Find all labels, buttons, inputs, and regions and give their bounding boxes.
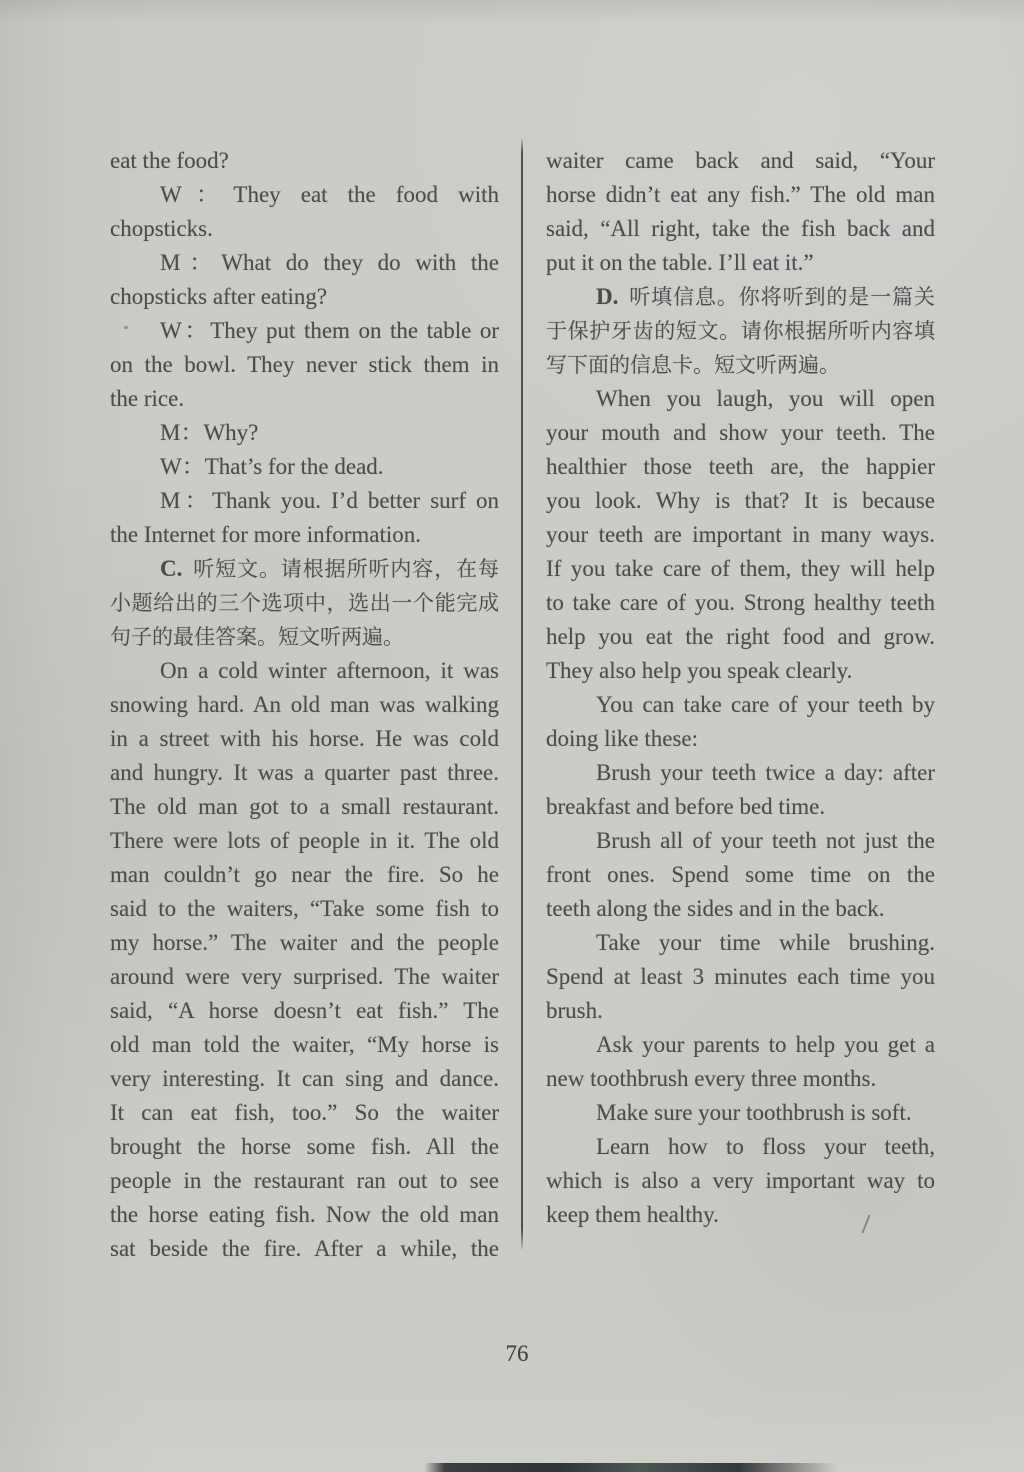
text-line: new toothbrush every three months.	[546, 1062, 935, 1096]
text-line: your teeth are important in many ways.	[546, 518, 935, 552]
text-line: the rice.	[110, 382, 499, 416]
text-line: Take your time while brushing.	[546, 926, 935, 960]
bottom-edge-band	[424, 1463, 838, 1472]
text-line: Brush all of your teeth not just the	[546, 824, 935, 858]
scanned-book-page: eat the food?W：They eat the food withcho…	[0, 0, 1024, 1472]
text-line: the horse eating fish. Now the old man	[110, 1198, 499, 1232]
text-line: keep them healthy.	[546, 1198, 935, 1232]
text-line: snowing hard. An old man was walking	[110, 688, 499, 722]
text-line: W：They put them on the table or	[110, 314, 499, 348]
text-line: very interesting. It can sing and dance.	[110, 1062, 499, 1096]
text-line: you look. Why is that? It is because	[546, 484, 935, 518]
text-line: They also help you speak clearly.	[546, 654, 935, 688]
text-line: around were very surprised. The waiter	[110, 960, 499, 994]
text-line: chopsticks after eating?	[110, 280, 499, 314]
text-line: chopsticks.	[110, 212, 499, 246]
text-line: said, “A horse doesn’t eat fish.” The	[110, 994, 499, 1028]
text-line: Learn how to floss your teeth,	[546, 1130, 935, 1164]
text-line: teeth along the sides and in the back.	[546, 892, 935, 926]
text-line: eat the food?	[110, 144, 499, 178]
text-line: M：Thank you. I’d better surf on	[110, 484, 499, 518]
scan-artifact-dot	[124, 326, 128, 329]
text-line: M：What do they do with the	[110, 246, 499, 280]
text-line: On a cold winter afternoon, it was	[110, 654, 499, 688]
text-line: Brush your teeth twice a day: after	[546, 756, 935, 790]
text-line: man couldn’t go near the fire. So he	[110, 858, 499, 892]
text-line: brought the horse some fish. All the	[110, 1130, 499, 1164]
text-line: It can eat fish, too.” So the waiter	[110, 1096, 499, 1130]
text-line: the Internet for more information.	[110, 518, 499, 552]
text-line: to take care of you. Strong healthy teet…	[546, 586, 935, 620]
text-line: D.听填信息。你将听到的是一篇关	[546, 280, 935, 314]
text-line: Make sure your toothbrush is soft.	[546, 1096, 935, 1130]
text-line: 于保护牙齿的短文。请你根据所听内容填	[546, 314, 935, 348]
text-line: W：They eat the food with	[110, 178, 499, 212]
text-line: old man told the waiter, “My horse is	[110, 1028, 499, 1062]
section-letter: C.	[160, 556, 182, 581]
text-line: C.听短文。请根据所听内容，在每	[110, 552, 499, 586]
text-line: horse didn’t eat any fish.” The old man	[546, 178, 935, 212]
text-line: in a street with his horse. He was cold	[110, 722, 499, 756]
text-line: people in the restaurant ran out to see	[110, 1164, 499, 1198]
text-line: 小题给出的三个选项中，选出一个能完成	[110, 586, 499, 620]
text-line: brush.	[546, 994, 935, 1028]
text-line: and hungry. It was a quarter past three.	[110, 756, 499, 790]
text-line: said, “All right, take the fish back and	[546, 212, 935, 246]
text-line: M：Why?	[110, 416, 499, 450]
text-line: help you eat the right food and grow.	[546, 620, 935, 654]
text-line: 句子的最佳答案。短文听两遍。	[110, 620, 499, 654]
page-number: 76	[0, 1341, 1024, 1367]
text-line: 写下面的信息卡。短文听两遍。	[546, 348, 935, 382]
text-line: said to the waiters, “Take some fish to	[110, 892, 499, 926]
text-line: waiter came back and said, “Your	[546, 144, 935, 178]
text-line: my horse.” The waiter and the people	[110, 926, 499, 960]
text-line: If you take care of them, they will help	[546, 552, 935, 586]
text-line: breakfast and before bed time.	[546, 790, 935, 824]
text-line: put it on the table. I’ll eat it.”	[546, 246, 935, 280]
left-text-column: eat the food?W：They eat the food withcho…	[110, 144, 499, 1266]
text-line: your mouth and show your teeth. The	[546, 416, 935, 450]
text-line: front ones. Spend some time on the	[546, 858, 935, 892]
text-line: healthier those teeth are, the happier	[546, 450, 935, 484]
text-line: There were lots of people in it. The old	[110, 824, 499, 858]
text-line: Ask your parents to help you get a	[546, 1028, 935, 1062]
text-line: doing like these:	[546, 722, 935, 756]
text-line: sat beside the fire. After a while, the	[110, 1232, 499, 1266]
text-line: The old man got to a small restaurant.	[110, 790, 499, 824]
right-text-column: waiter came back and said, “Yourhorse di…	[546, 144, 935, 1232]
text-line: When you laugh, you will open	[546, 382, 935, 416]
text-line: on the bowl. They never stick them in	[110, 348, 499, 382]
column-divider-rule	[521, 139, 523, 1249]
section-letter: D.	[596, 284, 618, 309]
text-line: W：That’s for the dead.	[110, 450, 499, 484]
text-line: Spend at least 3 minutes each time you	[546, 960, 935, 994]
text-line: which is also a very important way to	[546, 1164, 935, 1198]
text-line: You can take care of your teeth by	[546, 688, 935, 722]
